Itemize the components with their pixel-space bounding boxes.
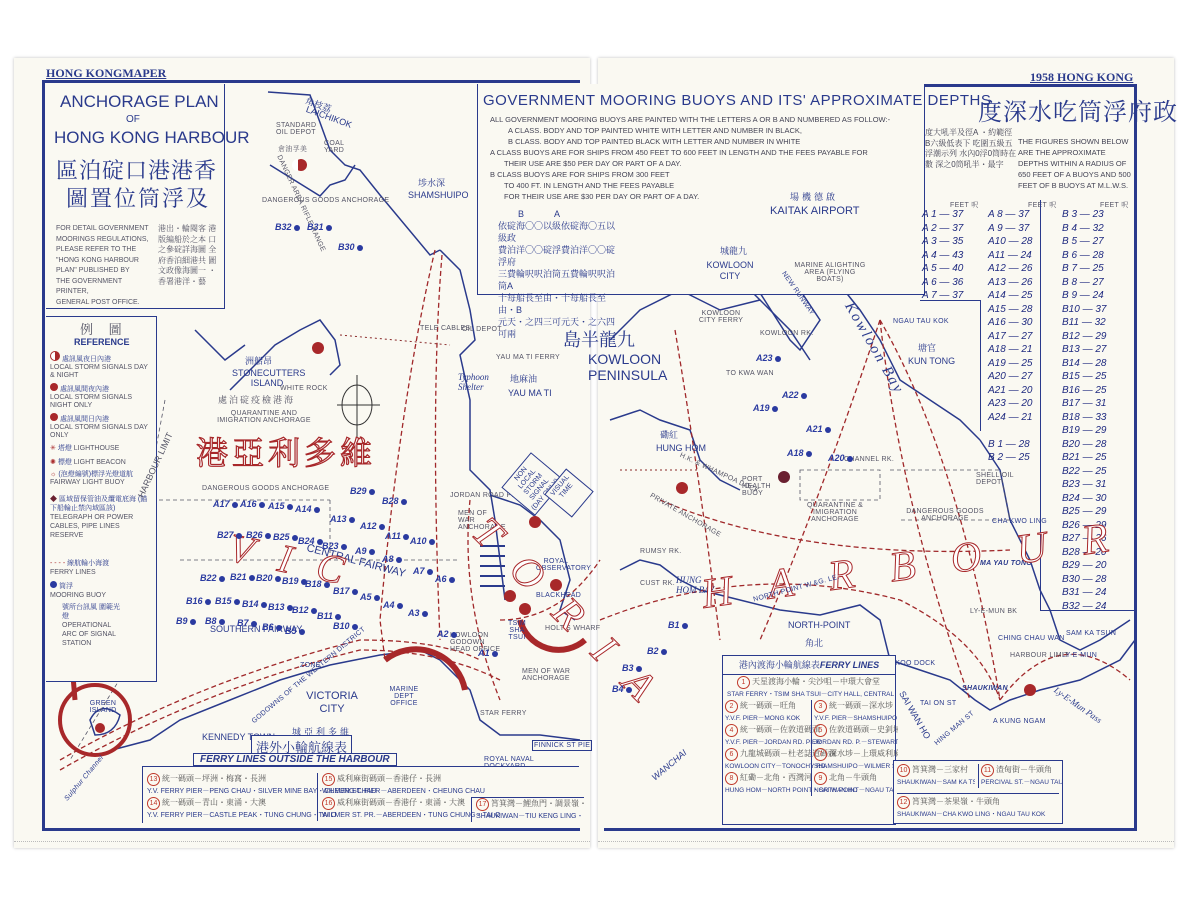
label-tsim-sha-tsui: TSIM SHA TSUI xyxy=(508,620,526,641)
depth-row: B13 — 27 xyxy=(1062,343,1106,357)
label-coal-yard: COAL YARD xyxy=(324,140,348,154)
ferry-outside-table: 港外小輪航線表 FERRY LINES OUTSIDE THE HARBOUR … xyxy=(142,766,579,823)
depth-row: B12 — 29 xyxy=(1062,330,1106,344)
mooring-buoy: A4 xyxy=(383,600,403,610)
mooring-buoy: B11 xyxy=(317,611,341,621)
mooring-buoy: B24 xyxy=(298,536,323,546)
mooring-buoy: A9 xyxy=(355,546,375,556)
title-zh-line1: 區泊碇口港港香 xyxy=(56,154,217,185)
label-ngau-tau-kok: NGAU TAU KOK xyxy=(893,318,949,325)
legend-item: ◆ 區域留保管油及纜電底海 (錨下船輪止禁內域區該)TELEGRAPH OR P… xyxy=(50,495,154,559)
ferry-outside-col1: 13統一碼頭－坪洲・梅窩・長洲 Y.V. FERRY PIER－PENG CHA… xyxy=(147,773,287,821)
mooring-buoy: B5 xyxy=(285,626,305,636)
ferry-inside-col-left: 2統一碼頭－旺角 Y.V.F. PIER－MONG KOK 4統一碼頭－佐敦道碼… xyxy=(725,700,809,796)
title-line1: ANCHORAGE PLAN xyxy=(60,92,219,112)
ferry-inside-col-right: 3統一碼頭－深水埗 Y.V.F. PIER－SHAMSHUIPO 5佐敦道碼頭－… xyxy=(811,700,898,796)
depth-row: A14 — 25 xyxy=(988,289,1032,303)
ferry-route-en: WILMER ST. PR.－ABERDEEN・TUNG CHUNG・TAI O xyxy=(322,810,462,821)
mooring-buoy: B13 xyxy=(268,602,293,612)
depth-row: A 4 — 43 xyxy=(922,249,963,263)
mooring-buoy: A23 xyxy=(756,353,781,363)
ferry-inside-header: 港內渡海小輪航線表FERRY LINES xyxy=(723,656,895,675)
label-dangerous-goods-3: DANGEROUS GOODS ANCHORAGE xyxy=(900,508,990,522)
moorings-text: ALL GOVERNMENT MOORING BUOYS ARE PAINTED… xyxy=(490,114,890,202)
mooring-buoy: B2 xyxy=(647,646,667,656)
mooring-buoy: B1 xyxy=(668,620,688,630)
label-zone: ZONE xyxy=(300,662,321,669)
ferry-route-en: SHAUKIWAN－TIU KENG LING・U xyxy=(476,811,584,822)
mooring-buoy: B20 xyxy=(256,573,281,583)
label-kowloon-rk: KOWLOON RK. xyxy=(760,330,813,337)
label-kowloon-peninsula-zh: 島半龍九 xyxy=(563,326,635,352)
legend-item: 筒浮MOORING BUOY xyxy=(50,581,154,603)
depth-row: B21 — 25 xyxy=(1062,451,1106,465)
label-shamshuipo-zh: 埗水深 xyxy=(418,176,445,189)
depth-row-spacer xyxy=(988,424,1032,438)
mooring-buoy: A2 xyxy=(437,629,457,639)
ferry-inside-table: 港內渡海小輪航線表FERRY LINES 1天星渡海小輪・尖沙咀－中環大會堂 S… xyxy=(722,655,896,825)
label-green-island: GREEN ISLAND xyxy=(88,700,118,714)
depth-row: A15 — 28 xyxy=(988,303,1032,317)
moorings-title: GOVERNMENT MOORING BUOYS AND ITS' APPROX… xyxy=(483,92,991,109)
lighthouse-icon: ✳ xyxy=(50,445,56,452)
legend-box: 例 圖 REFERENCE 處訊風夜日內港LOCAL STORM SIGNALS… xyxy=(46,316,157,682)
depth-note-en: THE FIGURES SHOWN BELOW ARE THE APPROXIM… xyxy=(1018,136,1136,191)
label-yaumati-ferry: YAU MA TI FERRY xyxy=(496,354,560,361)
depth-row: B23 — 31 xyxy=(1062,478,1106,492)
ferry-inside-ext-col1: 10筲箕灣－三家村 SHAUKIWAN－SAM KA TSUN xyxy=(897,764,975,788)
depth-row: A 5 — 40 xyxy=(922,262,963,276)
depth-row: A23 — 20 xyxy=(988,397,1032,411)
label-shell-oil: SHELL OIL DEPOT xyxy=(976,472,1026,486)
storm-signal-night-icon xyxy=(50,383,58,391)
legend-items: 處訊風夜日內港LOCAL STORM SIGNALS DAY & NIGHT 處… xyxy=(50,351,154,653)
mooring-buoy: B14 xyxy=(242,599,267,609)
label-cust-rk: CUST RK. xyxy=(640,580,675,587)
depth-row: A16 — 30 xyxy=(988,316,1032,330)
label-typhoon-shelter: Typhoon Shelter xyxy=(458,372,498,392)
storm-signal-day-night-icon xyxy=(50,351,60,361)
mooring-buoy: B6 xyxy=(262,622,282,632)
mooring-buoy: B30 xyxy=(338,242,363,252)
legend-title-zh: 例 圖 xyxy=(80,319,128,338)
label-stonecutters-zh: 洲船昂 xyxy=(245,354,272,367)
ferry-route: 10筲箕灣－三家村 xyxy=(897,764,975,777)
title-note-en: FOR DETAIL GOVERNMENTMOORINGS REGULATION… xyxy=(56,224,156,308)
ferry-route-en: Y.V.F. PIER－JORDAN RD. PIER xyxy=(725,737,809,748)
depth-row: B 1 — 28 xyxy=(988,438,1032,452)
mooring-buoy: B28 xyxy=(382,496,407,506)
ferry-route: 15威利麻街碼頭－香港仔・長洲 xyxy=(322,773,462,786)
label-kun-tong: KUN TONG xyxy=(908,356,955,366)
ferry-route: 11渣甸街－牛頭角 xyxy=(981,764,1063,777)
depth-row: B24 — 30 xyxy=(1062,492,1106,506)
depth-row: B 2 — 25 xyxy=(988,451,1032,465)
mooring-buoy: B4 xyxy=(612,684,632,694)
mooring-buoy: B15 xyxy=(215,596,240,606)
ferry-route-en: HUNG HOM－NORTH POINT・SAI WAN HO xyxy=(725,785,809,796)
mooring-buoy: B29 xyxy=(350,486,375,496)
depth-table-col1: A 1 — 37 A 2 — 37 A 3 — 35 A 4 — 43 A 5 … xyxy=(922,208,963,303)
depth-row: B31 — 24 xyxy=(1062,586,1106,600)
label-kowloon-peninsula: KOWLOON PENINSULA xyxy=(588,351,668,383)
label-kun-tong-zh: 塘官 xyxy=(918,341,936,354)
label-north-point-zh: 角北 xyxy=(805,636,823,649)
legend-item: ✳ 塔燈 LIGHTHOUSE xyxy=(50,443,154,457)
depth-row: A11 — 24 xyxy=(988,249,1032,263)
ferry-inside-table-ext: 10筲箕灣－三家村 SHAUKIWAN－SAM KA TSUN 11渣甸街－牛頭… xyxy=(893,760,1063,824)
legend-item: 號所台訊風 圍範光燈OPERATIONAL ARC OF SIGNAL STAT… xyxy=(50,603,122,653)
label-yaumati-zh: 地麻油 xyxy=(510,372,537,385)
mooring-buoy: A21 xyxy=(806,424,831,434)
mooring-buoy: B25 xyxy=(273,532,298,542)
ferry-route: 5佐敦道碼頭－史釗域道碼頭 xyxy=(814,724,898,737)
mooring-buoy: B21 xyxy=(230,572,255,582)
label-marine-dept: MARINE DEPT OFFICE xyxy=(384,686,424,707)
legend-title-en: REFERENCE xyxy=(74,337,130,347)
ferry-route: 8紅磡－北角・西灣河 xyxy=(725,772,809,785)
ferry-route-en: Y.V. FERRY PIER－CASTLE PEAK・TUNG CHUNG・T… xyxy=(147,810,287,821)
mooring-buoy: B3 xyxy=(622,663,642,673)
legend-item: 處訊風間日內港LOCAL STORM SIGNALS DAY ONLY xyxy=(50,413,154,443)
mooring-buoy: A13 xyxy=(330,514,355,524)
label-harbour-limit-2: HARBOUR LIMIT xyxy=(1010,652,1069,659)
mooring-buoy: A12 xyxy=(360,521,385,531)
ferry-route-en: NORTH POINT－NGAU TAU KOK xyxy=(814,785,898,796)
mooring-buoy: A7 xyxy=(413,566,433,576)
title-zh-line2: 圖置位筒浮及 xyxy=(66,182,210,213)
mooring-buoy: A18 xyxy=(787,448,812,458)
depth-row: B14 — 28 xyxy=(1062,357,1106,371)
depth-row: A17 — 27 xyxy=(988,330,1032,344)
title-note-zh: 港出・輪閱客 港版編船於之本 口之參碇詳海圖 全府香泊細港共 圖文政像海圖一 ・… xyxy=(158,224,220,287)
depth-row: B 5 — 27 xyxy=(1062,235,1106,249)
depth-row: B10 — 37 xyxy=(1062,303,1106,317)
label-star-ferry: STAR FERRY xyxy=(480,710,527,717)
depth-row: B32 — 24 xyxy=(1062,600,1106,614)
depth-row: B15 — 25 xyxy=(1062,370,1106,384)
depth-row: A18 — 21 xyxy=(988,343,1032,357)
label-north-point: NORTH-POINT xyxy=(788,620,850,630)
label-quarantine-1-zh: 處泊碇疫檢港海 xyxy=(218,393,295,406)
mooring-buoy: A5 xyxy=(360,592,380,602)
depth-row: B30 — 28 xyxy=(1062,573,1106,587)
label-kaitak: KAITAK AIRPORT xyxy=(770,205,859,217)
ferry-route-en: Y.V. FERRY PIER－PENG CHAU・SILVER MINE BA… xyxy=(147,786,287,797)
label-men-of-war-2: MEN OF WAR ANCHORAGE xyxy=(522,668,577,682)
ferry-route: 4統一碼頭－佐敦道碼頭 xyxy=(725,724,809,737)
mooring-buoy: A16 xyxy=(240,499,265,509)
ferry-inside-ext-row: 12筲箕灣－茶果嶺・牛頭角 SHAUKIWAN－CHA KWO LING・NGA… xyxy=(897,793,1059,820)
ferry-route-en: PERCIVAL ST.－NGAU TAU KOK xyxy=(981,777,1063,788)
depth-row: A 2 — 37 xyxy=(922,222,963,236)
mooring-buoy: A19 xyxy=(753,403,778,413)
ferry-route-en: KOWLOON CITY－TONOCHY RD. xyxy=(725,761,809,772)
ferry-outside-title-en: FERRY LINES OUTSIDE THE HARBOUR xyxy=(193,753,397,766)
label-kaitak-zh: 場機德啟 xyxy=(790,190,838,203)
depth-row: B20 — 28 xyxy=(1062,438,1106,452)
mooring-buoy: B19 xyxy=(282,576,307,586)
mooring-buoy: B12 xyxy=(292,605,317,615)
mooring-buoy: A22 xyxy=(782,390,807,400)
depth-row: B 8 — 27 xyxy=(1062,276,1106,290)
mooring-buoy: A3 xyxy=(408,608,428,618)
mooring-buoy: A20 xyxy=(828,453,853,463)
label-standard-oil-zh: 倉油孚美 xyxy=(278,144,307,154)
depth-row: A12 — 26 xyxy=(988,262,1032,276)
label-yaumati: YAU MA TI xyxy=(508,388,552,398)
depth-row: B22 — 25 xyxy=(1062,465,1106,479)
moorings-zh-table: BA 依碇海〇〇以級依碇海〇五以級政 費泊洋〇〇碇浮費泊洋〇〇碇浮府 三費輪呎呎… xyxy=(498,208,618,340)
label-kowloon-city-ferry: KOWLOON CITY FERRY xyxy=(696,310,746,324)
ferry-route: 17筲箕灣－鯉魚門・調景嶺・坑口 xyxy=(476,798,584,811)
label-shamshuipo: SHAMSHUIPO xyxy=(408,190,469,200)
mooring-buoy: B23 xyxy=(322,541,347,551)
label-white-rock: WHITE ROCK xyxy=(280,385,328,392)
depth-row: A 3 — 35 xyxy=(922,235,963,249)
depth-row: A10 — 28 xyxy=(988,235,1032,249)
mooring-buoy: B26 xyxy=(246,530,271,540)
legend-item: - - - - 線航輪小海渡FERRY LINES xyxy=(50,559,154,581)
ferry-route-en: Y.V.F. PIER－MONG KOK xyxy=(725,713,809,724)
moorings-title-zh: 度深水吃筒浮府政 xyxy=(978,92,1178,127)
mooring-buoy: A17 xyxy=(213,499,238,509)
ferry-route-en: SHAUKIWAN－CHA KWO LING・NGAU TAU KOK xyxy=(897,809,1059,820)
mooring-buoy: A6 xyxy=(435,574,455,584)
mooring-buoy: B7 xyxy=(237,618,257,628)
label-quarantine-2: QUARANTINE & IMIGRATION ANCHORAGE xyxy=(790,502,880,523)
depth-row: B18 — 33 xyxy=(1062,411,1106,425)
label-hung-hom-zh: 磡紅 xyxy=(660,428,678,441)
label-finnick-st-pier: FINNICK ST PIE xyxy=(532,740,592,751)
depth-row: B 9 — 24 xyxy=(1062,289,1106,303)
depth-note-zh: 度大吼半及徑A ・約範徑B六級低表下 吃圍五級五浮潮示列 水內0浮0筒時在數 深… xyxy=(925,128,1017,170)
depth-row: A 8 — 37 xyxy=(988,208,1032,222)
mooring-buoy: B18 xyxy=(305,579,330,589)
ferry-outside-col2: 15威利麻街碼頭－香港仔・長洲 WILMER ST. PIER－ABERDEEN… xyxy=(317,773,462,821)
legend-item: ✺ 標燈 LIGHT BEACON xyxy=(50,457,154,471)
depth-row: A19 — 25 xyxy=(988,357,1032,371)
depth-row: A13 — 26 xyxy=(988,276,1032,290)
depth-row: B19 — 29 xyxy=(1062,424,1106,438)
depth-row: B 3 — 23 xyxy=(1062,208,1106,222)
mooring-buoy: B16 xyxy=(186,596,211,606)
depth-row: B17 — 31 xyxy=(1062,397,1106,411)
mooring-buoy: B8 xyxy=(205,616,225,626)
depth-row: A 6 — 36 xyxy=(922,276,963,290)
ferry-line-icon: - - - - xyxy=(50,560,65,567)
ferry-route: 9北角－牛頭角 xyxy=(814,772,898,785)
label-ly-e-mun-bk: LY-E-MUN BK xyxy=(970,608,1017,615)
mooring-buoy: A10 xyxy=(410,536,435,546)
ferry-route: 14統一碼頭－青山・東涌・大澳 xyxy=(147,797,287,810)
ferry-route-en: Y.V.F. PIER－SHAMSHUIPO xyxy=(814,713,898,724)
legend-item: 處訊風夜日內港LOCAL STORM SIGNALS DAY & NIGHT xyxy=(50,351,154,383)
depth-table-col2: A 8 — 37 A 9 — 37 A10 — 28 A11 — 24 A12 … xyxy=(988,208,1032,465)
legend-item: 處訊風間夜內港LOCAL STORM SIGNALS NIGHT ONLY xyxy=(50,383,154,413)
storm-signal-day-icon xyxy=(50,413,58,421)
fairway-light-buoy-icon: ☼ xyxy=(50,471,56,478)
label-kowloon-city-zh: 城龍九 xyxy=(720,244,747,257)
mooring-buoy: A1 xyxy=(478,648,498,658)
label-port-health-buoy: PORT HEALTH BUOY xyxy=(742,476,776,497)
title-line3: HONG KONG HARBOUR xyxy=(54,128,250,148)
label-shaukiwan: SHAUKIWAN xyxy=(962,685,1008,692)
cable-reserve-icon: ◆ xyxy=(50,496,57,503)
mooring-buoy: B22 xyxy=(200,573,225,583)
depth-row: A 7 — 37 xyxy=(922,289,963,303)
label-dangerous-goods-2: DANGEROUS GOODS ANCHORAGE xyxy=(202,485,329,492)
ferry-outside-col3: 17筲箕灣－鯉魚門・調景嶺・坑口 SHAUKIWAN－TIU KENG LING… xyxy=(471,797,584,822)
label-victoria-city: VICTORIA CITY xyxy=(302,690,362,716)
label-to-kwa-wan: TO KWA WAN xyxy=(726,370,774,377)
label-dangerous-goods-1: DANGEROUS GOODS ANCHORAGE xyxy=(262,197,389,204)
label-sam-ka-tsun: SAM KA TSUN xyxy=(1066,630,1116,637)
ferry-route: 1天星渡海小輪・尖沙咀－中環大會堂 xyxy=(727,676,893,689)
label-quarantine-1: QUARANTINE AND IMIGRATION ANCHORAGE xyxy=(208,410,320,424)
depth-row: A 9 — 37 xyxy=(988,222,1032,236)
depth-row: A 1 — 37 xyxy=(922,208,963,222)
mooring-buoy: B17 xyxy=(333,586,358,596)
label-rumsy-rk: RUMSY RK. xyxy=(640,548,681,555)
mooring-buoy: B10 xyxy=(333,621,358,631)
depth-row: B11 — 32 xyxy=(1062,316,1106,330)
title-line2: OF xyxy=(126,114,140,125)
ferry-route-en: SHAUKIWAN－SAM KA TSUN xyxy=(897,777,975,788)
depth-row: A20 — 27 xyxy=(988,370,1032,384)
depth-row: B 7 — 25 xyxy=(1062,262,1106,276)
ferry-inside-rows: 1天星渡海小輪・尖沙咀－中環大會堂 STAR FERRY・TSIM SHA TS… xyxy=(727,676,893,700)
ferry-route-en: WILMER ST. PIER－ABERDEEN・CHEUNG CHAU xyxy=(322,786,462,797)
depth-row: B 4 — 32 xyxy=(1062,222,1106,236)
ferry-route: 12筲箕灣－茶果嶺・牛頭角 xyxy=(897,796,1059,809)
ferry-route: 7深水埗－上環威利麻街口 xyxy=(814,748,898,761)
mooring-buoy: A8 xyxy=(382,554,402,564)
ferry-inside-ext-col2: 11渣甸街－牛頭角 PERCIVAL ST.－NGAU TAU KOK xyxy=(978,764,1063,788)
light-beacon-icon: ✺ xyxy=(50,459,56,466)
ferry-route-en: JORDAN RD. P.－STEWART RD. xyxy=(814,737,898,748)
label-tai-on-st: TAI ON ST xyxy=(920,700,956,707)
title-box: ANCHORAGE PLAN OF HONG KONG HARBOUR 區泊碇口… xyxy=(46,84,225,309)
ferry-route: 2統一碼頭－旺角 xyxy=(725,700,809,713)
mooring-buoy: B9 xyxy=(176,616,196,626)
label-a-kung-ngam: A KUNG NGAM xyxy=(993,718,1046,725)
ferry-route-en: SHAMSHUIPO－WILMER ST. xyxy=(814,761,898,772)
mooring-buoy: B27 xyxy=(217,530,242,540)
ferry-route-en: STAR FERRY・TSIM SHA TSUI－CITY HALL, CENT… xyxy=(727,689,893,700)
depth-row: B16 — 25 xyxy=(1062,384,1106,398)
label-victoria-harbour-zh: 港亞利多維 xyxy=(196,428,376,474)
ferry-route: 16威利麻街碼頭－香港仔・東涌・大澳 xyxy=(322,797,462,810)
mooring-buoy-icon xyxy=(50,581,57,588)
mooring-buoy: A14 xyxy=(295,504,320,514)
ferry-route: 3統一碼頭－深水埗 xyxy=(814,700,898,713)
depth-row: A24 — 21 xyxy=(988,411,1032,425)
mooring-buoy: B31 xyxy=(307,222,332,232)
label-oil-depot: OIL DEPOT xyxy=(462,326,502,333)
ferry-route: 13統一碼頭－坪洲・梅窩・長洲 xyxy=(147,773,287,786)
label-kowloon-city: KOWLOON CITY xyxy=(705,260,755,282)
label-flying-boats: MARINE ALIGHTING AREA (FLYING BOATS) xyxy=(790,262,870,283)
ferry-route: 6九龍城碼頭－杜老誌道碼頭 xyxy=(725,748,809,761)
mooring-buoy: B32 xyxy=(275,222,300,232)
mooring-buoy: A15 xyxy=(268,501,293,511)
depth-row: A21 — 20 xyxy=(988,384,1032,398)
label-ching-chau-wan: CHING CHAU WAN xyxy=(998,635,1065,642)
mooring-buoy: A11 xyxy=(385,531,409,541)
depth-row: B 6 — 28 xyxy=(1062,249,1106,263)
label-standard-oil: STANDARD OIL DEPOT xyxy=(276,122,316,136)
